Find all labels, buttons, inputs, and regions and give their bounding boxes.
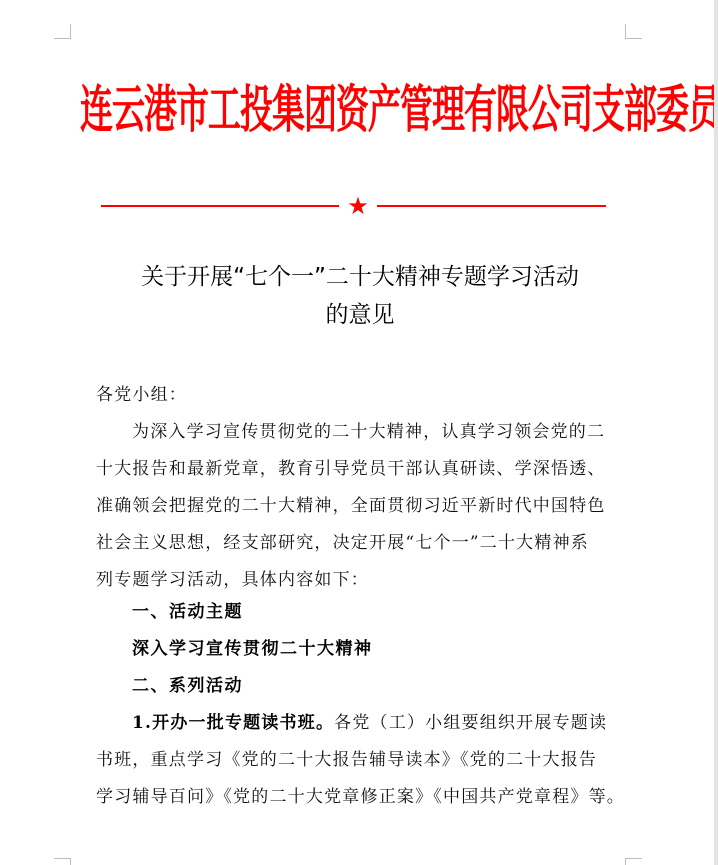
intro-line: 准确领会把握党的二十大精神，全面贯彻习近平新时代中国特色 [96,488,636,525]
margin-corner-top-right [625,24,642,39]
margin-corner-bottom-left [54,858,71,865]
margin-corner-bottom-right [625,858,642,865]
scrollbar-track[interactable] [714,0,718,865]
document-page: 连云港市工投集团资产管理有限公司支部委员会文件 ★ 关于开展“七个一”二十大精神… [0,0,714,865]
intro-line: 社会主义思想，经支部研究，决定开展“七个一”二十大精神系 [96,525,636,562]
title-line-2: 的意见 [80,296,640,334]
document-title: 关于开展“七个一”二十大精神专题学习活动 的意见 [80,258,640,334]
item-line: 1.开办一批专题读书班。各党（工）小组要组织开展专题读 [96,705,636,742]
intro-line: 十大报告和最新党章，教育引导党员干部认真研读、学深悟透、 [96,451,636,488]
activity-theme-text: 深入学习宣传贯彻二十大精神 [132,631,373,668]
masthead-divider: ★ [101,196,606,216]
divider-line-left [101,205,339,207]
intro-paragraph: 为深入学习宣传贯彻党的二十大精神，认真学习领会党的二 十大报告和最新党章，教育引… [96,414,636,599]
red-masthead: 连云港市工投集团资产管理有限公司支部委员会文件 [80,45,640,175]
star-icon: ★ [346,194,370,218]
item-line: 学习辅导百问》《党的二十大党章修正案》《中国共产党章程》等。 [96,779,636,816]
divider-line-right [377,205,606,207]
section-heading-activity-theme: 一、活动主题 [132,594,243,631]
section-heading-series-activities: 二、系列活动 [132,668,243,705]
title-line-1: 关于开展“七个一”二十大精神专题学习活动 [80,258,640,296]
item-lead: 1.开办一批专题读书班。 [132,713,334,733]
salutation: 各党小组： [96,377,636,414]
activity-item-1: 1.开办一批专题读书班。各党（工）小组要组织开展专题读 书班，重点学习《党的二十… [96,705,636,816]
item-text: 各党（工）小组要组织开展专题读 [334,713,607,733]
margin-corner-top-left [54,24,71,39]
intro-line: 为深入学习宣传贯彻党的二十大精神，认真学习领会党的二 [96,414,636,451]
item-line: 书班，重点学习《党的二十大报告辅导读本》《党的二十大报告 [96,742,636,779]
